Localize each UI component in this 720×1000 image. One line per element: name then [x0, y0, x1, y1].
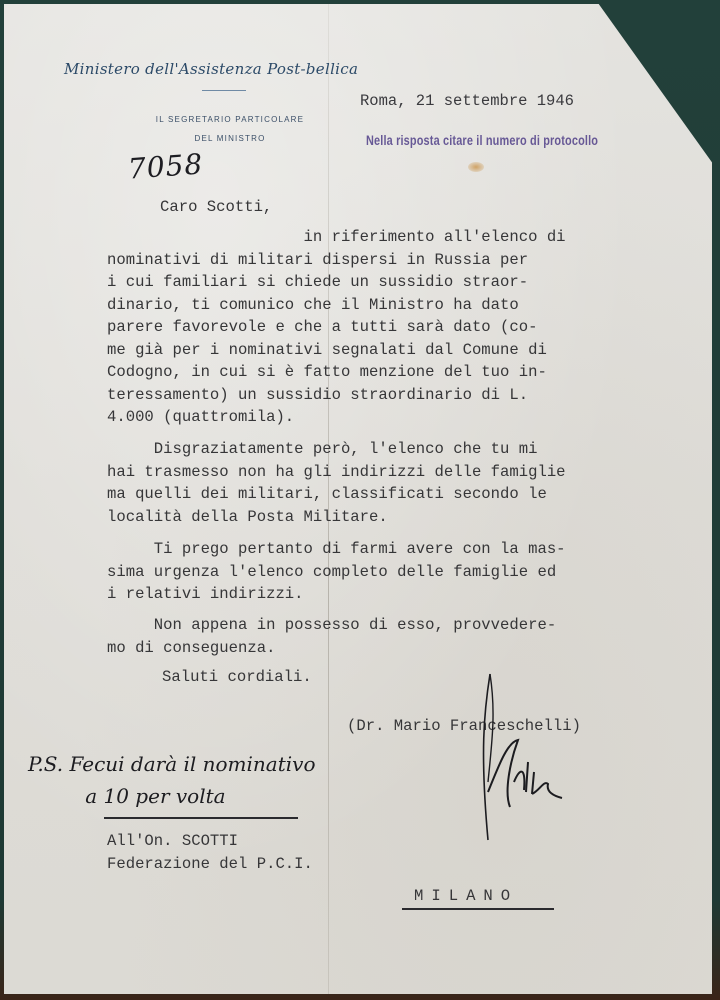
paragraph-followup: Non appena in possesso di esso, provvede… — [107, 614, 556, 659]
ink-stain — [468, 162, 484, 172]
addressee-city: MILANO — [414, 887, 518, 905]
handwritten-postscript: P.S. Fecui darà il nominativo a 10 per v… — [28, 748, 316, 812]
letterhead-office-line-1: IL SEGRETARIO PARTICOLARE — [130, 110, 330, 129]
closing: Saluti cordiali. — [162, 666, 312, 689]
addressee-block: All'On. SCOTTI Federazione del P.C.I. — [107, 830, 313, 876]
letterhead-office-line-2: DEL MINISTRO — [130, 129, 330, 148]
city-underline — [402, 908, 554, 910]
postscript-separator-line — [104, 817, 298, 819]
paragraph-request-list: Ti prego pertanto di farmi avere con la … — [107, 538, 566, 606]
handwritten-protocol-number: 7058 — [127, 147, 204, 185]
handwritten-signature-icon — [470, 672, 590, 842]
letterhead-ministry-name: Ministero dell'Assistenza Post-bellica — [64, 60, 358, 78]
letterhead-office: IL SEGRETARIO PARTICOLARE DEL MINISTRO — [130, 110, 330, 148]
letterhead-divider — [202, 90, 246, 91]
protocol-stamp: Nella risposta citare il numero di proto… — [366, 132, 598, 148]
date-line: Roma, 21 settembre 1946 — [360, 92, 574, 110]
paragraph-subsidy-approval: in riferimento all'elenco di nominativi … — [107, 226, 566, 429]
salutation: Caro Scotti, — [160, 196, 272, 219]
paragraph-missing-addresses: Disgraziatamente però, l'elenco che tu m… — [107, 438, 566, 528]
